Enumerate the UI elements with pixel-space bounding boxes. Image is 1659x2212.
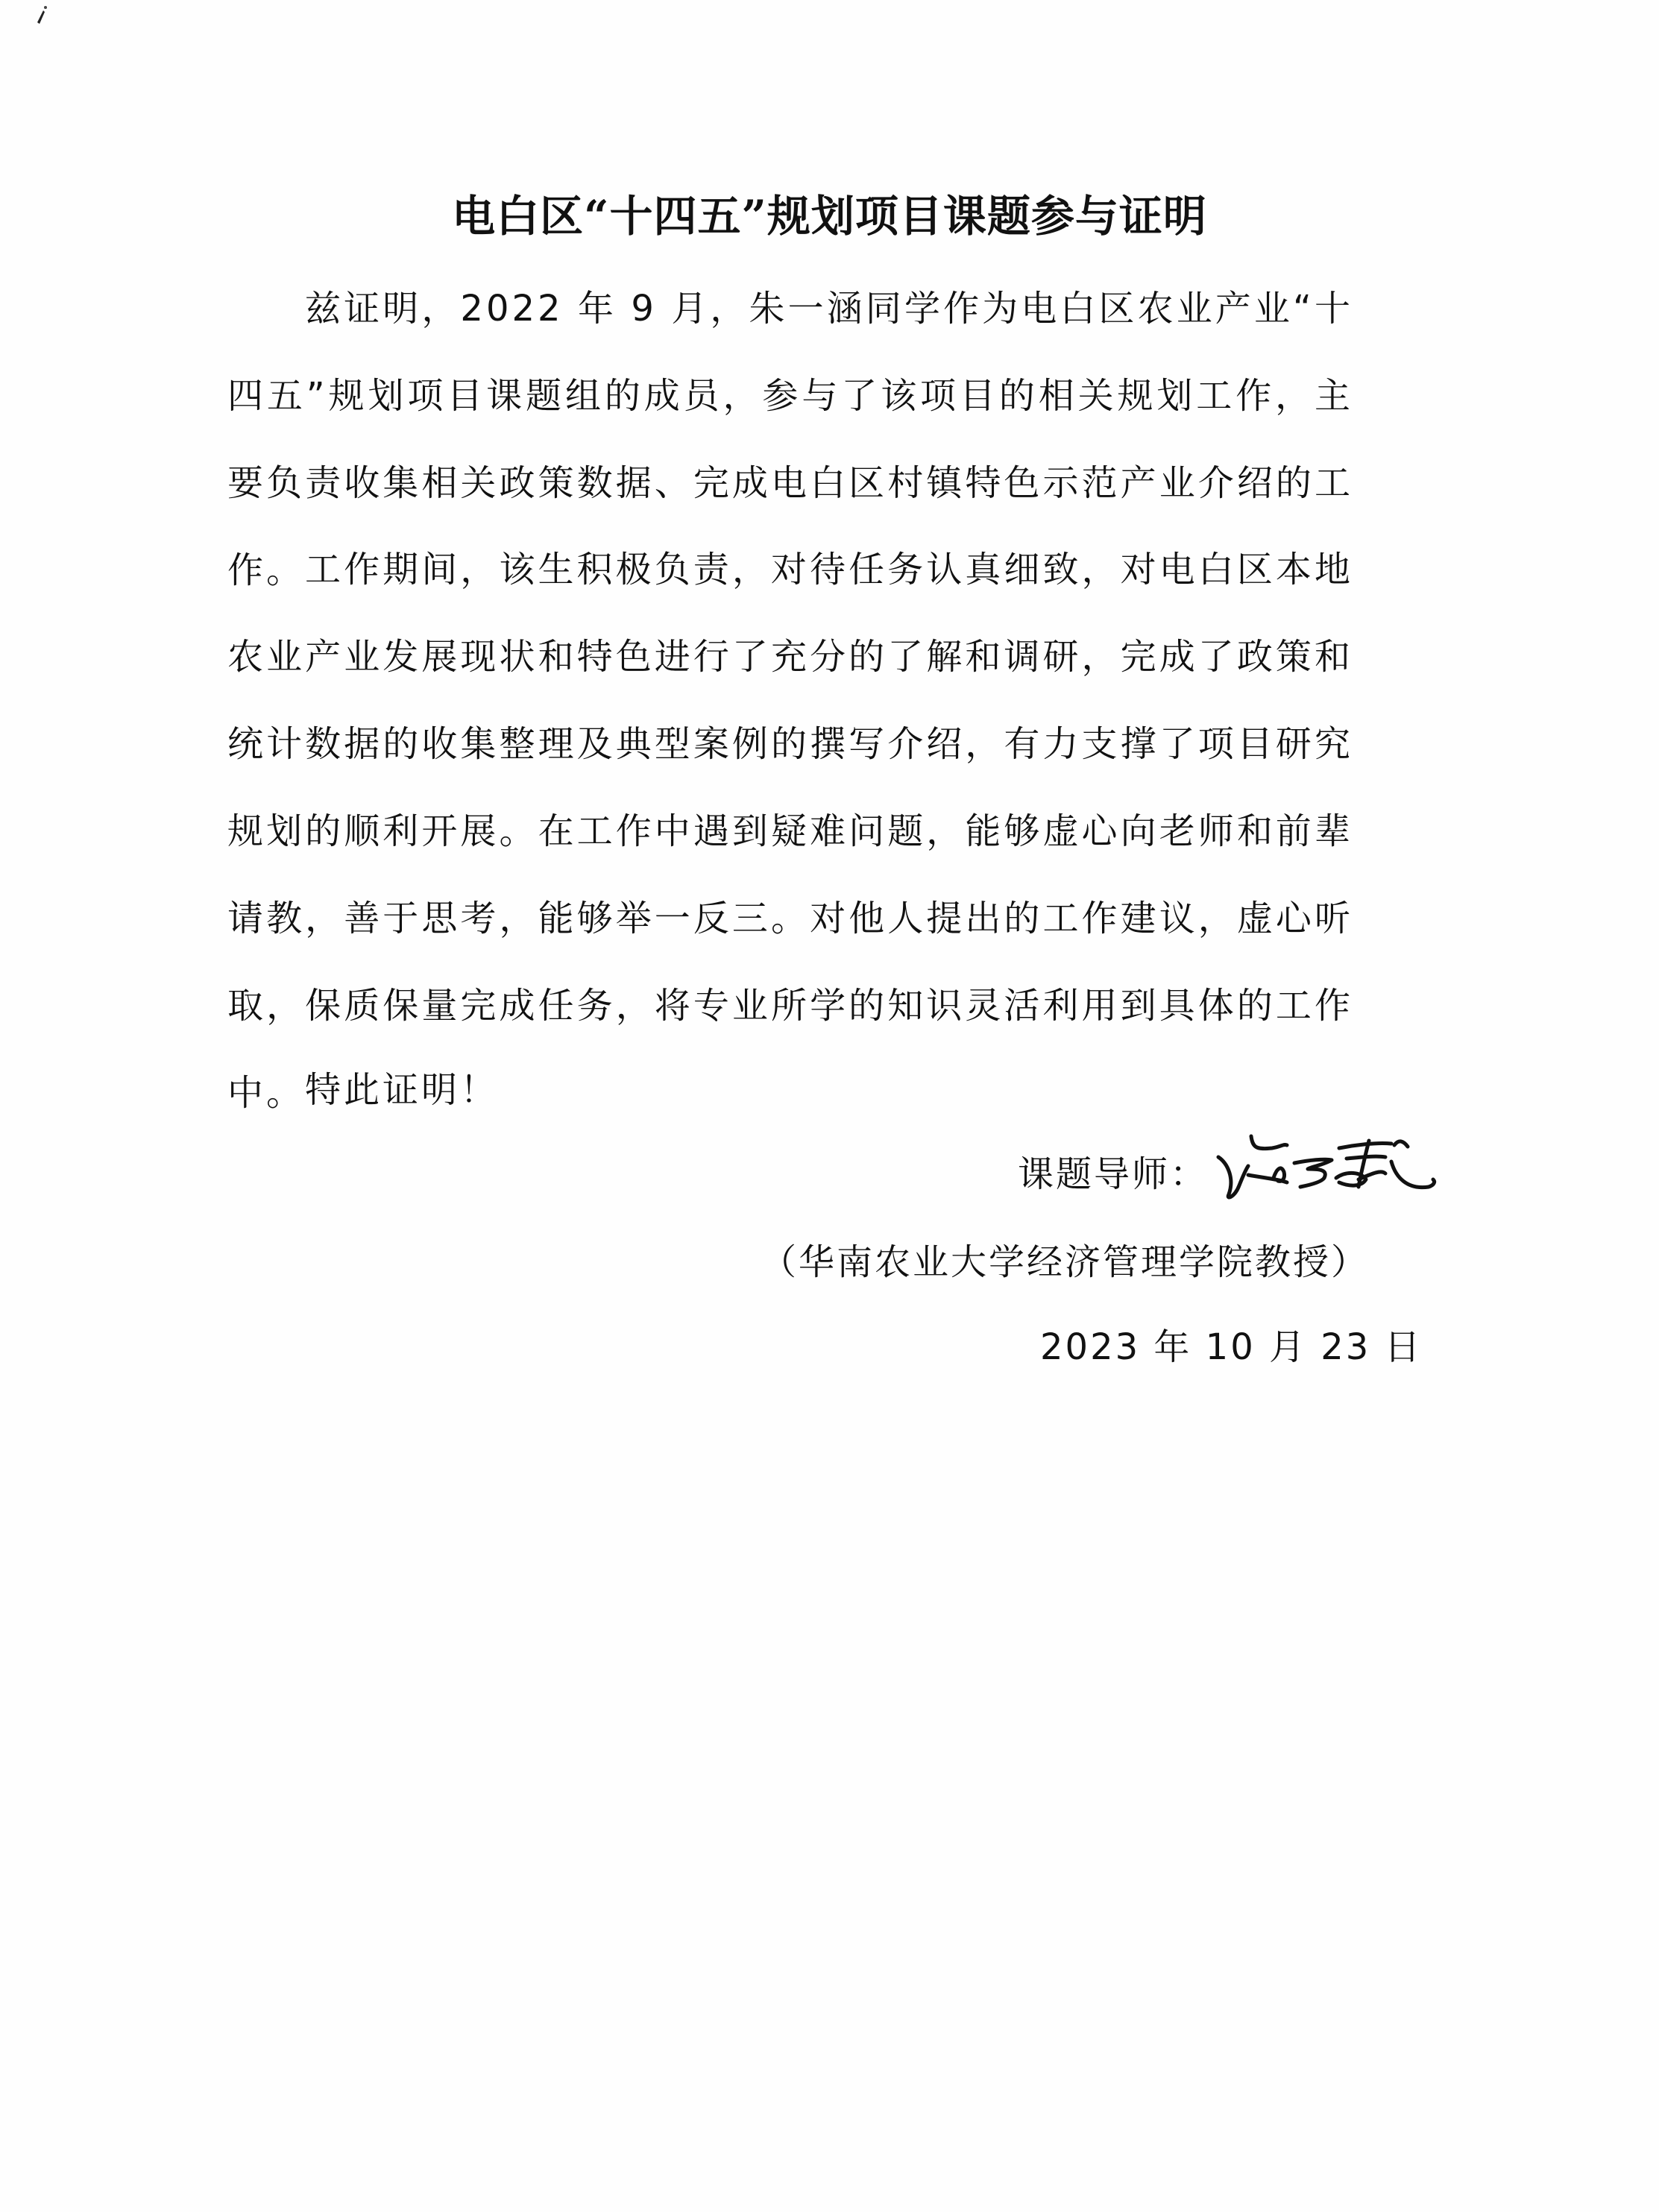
supervisor-affiliation: （华南农业大学经济管理学院教授） — [761, 1236, 1369, 1288]
paragraph-closing: 特此证明！ — [227, 1047, 1353, 1134]
document-title: 电白区“十四五”规划项目课题参与证明 — [0, 186, 1659, 246]
document-date: 2023 年 10 月 23 日 — [1040, 1321, 1423, 1373]
scan-artifact-mark — [34, 3, 48, 25]
handwritten-signature-icon — [1212, 1126, 1458, 1208]
supervisor-signature-row: 课题导师： — [1018, 1141, 1458, 1208]
paragraph-evaluation: 工作期间，该生积极负责，对待任务认真细致，对电白区本地农业产业发展现状和特色进行… — [227, 526, 1353, 1137]
supervisor-label: 课题导师： — [1018, 1148, 1208, 1200]
